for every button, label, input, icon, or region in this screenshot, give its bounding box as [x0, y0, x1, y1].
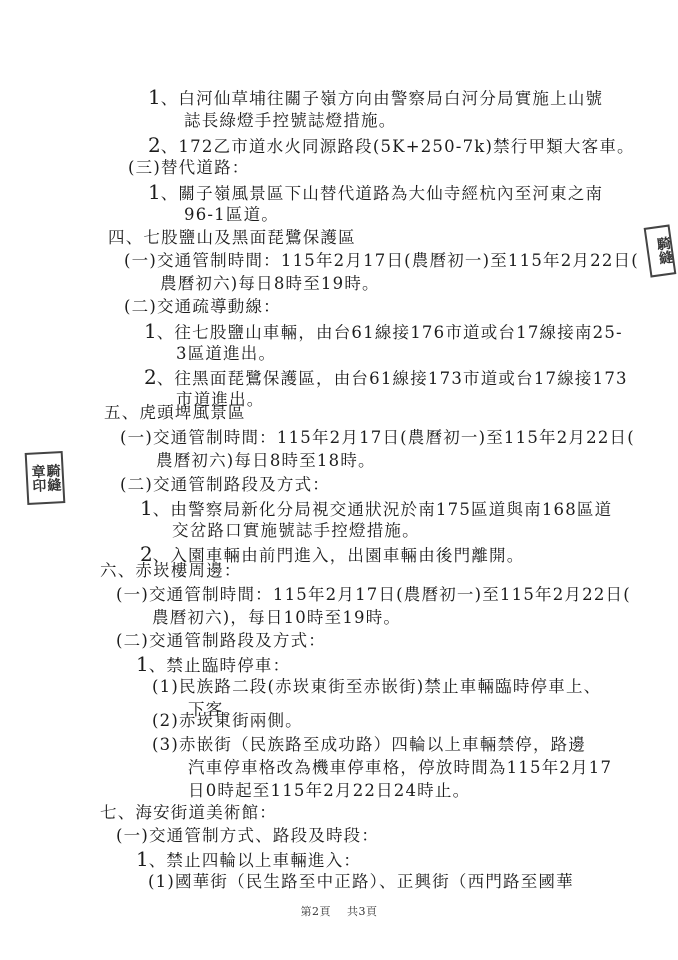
- document-line: 2、172乙市道水火同源路段(5K+250-7k)禁行甲類大客車。: [148, 134, 635, 158]
- document-line: 1、白河仙草埔往關子嶺方向由警察局白河分局實施上山號: [148, 86, 603, 110]
- line-text: 、關子嶺風景區下山替代道路為大仙寺經杭內至河東之南: [161, 184, 604, 203]
- list-marker: 1: [136, 847, 149, 871]
- list-marker: 2: [144, 365, 157, 389]
- line-text: 交岔路口實施號誌手控燈措施。: [172, 521, 420, 540]
- line-text: 、禁止臨時停車：: [149, 656, 291, 675]
- seal-text-col1: 騎縫: [44, 463, 60, 492]
- line-text: 農曆初六)每日8時至19時。: [160, 274, 380, 293]
- document-line: 交岔路口實施號誌手控燈措施。: [172, 520, 420, 542]
- document-line: 五、虎頭埤風景區: [104, 402, 246, 424]
- line-text: (一)交通管制時間：115年2月17日(農曆初一)至115年2月22日(: [120, 428, 635, 447]
- document-line: (一)交通管制時間：115年2月17日(農曆初一)至115年2月22日(: [116, 584, 631, 606]
- line-text: 農曆初六)每日8時至18時。: [156, 451, 376, 470]
- line-text: (一)交通管制時間：115年2月17日(農曆初一)至115年2月22日(: [116, 585, 631, 604]
- list-marker: 2: [148, 133, 161, 157]
- list-marker: 1: [148, 85, 161, 109]
- page-total: 共3頁: [347, 905, 378, 918]
- document-line: 1、往七股鹽山車輛，由台61線接176市道或台17線接南25-: [144, 320, 623, 344]
- document-line: 七、海安街道美術館：: [100, 802, 277, 824]
- list-marker: 1: [136, 652, 149, 676]
- document-line: (一)交通管制方式、路段及時段：: [116, 825, 379, 847]
- document-line: (1)民族路二段(赤崁東街至赤嵌街)禁止車輛臨時停車上、: [152, 676, 601, 698]
- list-marker: 1: [140, 496, 153, 520]
- document-line: 1、禁止四輪以上車輛進入：: [136, 848, 361, 872]
- document-line: 1、關子嶺風景區下山替代道路為大仙寺經杭內至河東之南: [148, 181, 603, 205]
- line-text: (2)赤崁東街兩側。: [152, 711, 303, 730]
- line-text: 七、海安街道美術館：: [100, 803, 277, 822]
- line-text: 誌長綠燈手控號誌燈措施。: [184, 111, 396, 130]
- line-text: (三)替代道路：: [128, 158, 249, 177]
- line-text: 96-1區道。: [184, 205, 279, 224]
- line-text: (3)赤嵌街（民族路至成功路）四輪以上車輛禁停，路邊: [152, 735, 586, 754]
- page-number: 第2頁: [301, 905, 332, 918]
- document-line: (二)交通管制路段及方式：: [116, 630, 326, 652]
- line-text: 、禁止四輪以上車輛進入：: [149, 851, 361, 870]
- document-line: (二)交通管制路段及方式：: [120, 474, 330, 496]
- line-text: 3區道進出。: [176, 344, 276, 363]
- line-text: (二)交通管制路段及方式：: [120, 475, 330, 494]
- line-text: 五、虎頭埤風景區: [104, 403, 246, 422]
- document-line: 誌長綠燈手控號誌燈措施。: [184, 110, 396, 132]
- document-line: (3)赤嵌街（民族路至成功路）四輪以上車輛禁停，路邊: [152, 734, 586, 756]
- document-line: (1)國華街（民生路至中正路）、正興街（西門路至國華: [148, 871, 574, 893]
- line-text: (二)交通管制路段及方式：: [116, 631, 326, 650]
- document-line: 農曆初六)每日8時至19時。: [160, 273, 380, 295]
- line-text: 、往黑面琵鷺保護區，由台61線接173市道或台17線接173: [157, 369, 628, 388]
- document-line: 3區道進出。: [176, 343, 276, 365]
- line-text: 六、赤崁樓周邊：: [100, 561, 242, 580]
- document-line: 汽車停車格改為機車停車格，停放時間為115年2月17: [188, 757, 612, 779]
- document-line: (2)赤崁東街兩側。: [152, 710, 303, 732]
- document-line: 農曆初六)每日8時至18時。: [156, 450, 376, 472]
- document-line: (一)交通管制時間：115年2月17日(農曆初一)至115年2月22日(: [120, 427, 635, 449]
- line-text: 日0時起至115年2月22日24時止。: [188, 781, 470, 800]
- list-marker: 1: [148, 180, 161, 204]
- line-text: (1)國華街（民生路至中正路）、正興街（西門路至國華: [148, 872, 574, 891]
- seal-text-col2: 章印: [29, 464, 45, 493]
- document-line: 四、七股鹽山及黑面琵鷺保護區: [108, 227, 356, 249]
- line-text: 、白河仙草埔往關子嶺方向由警察局白河分局實施上山號: [161, 89, 604, 108]
- line-text: 汽車停車格改為機車停車格，停放時間為115年2月17: [188, 758, 612, 777]
- line-text: 農曆初六)，每日10時至19時。: [152, 608, 401, 627]
- document-line: 日0時起至115年2月22日24時止。: [188, 780, 470, 802]
- document-line: (一)交通管制時間：115年2月17日(農曆初一)至115年2月22日(: [124, 250, 639, 272]
- seal-text: 騎縫: [654, 235, 674, 265]
- document-line: 2、往黑面琵鷺保護區，由台61線接173市道或台17線接173: [144, 366, 628, 390]
- seal-stamp-left: 騎縫 章印: [25, 451, 66, 505]
- line-text: 四、七股鹽山及黑面琵鷺保護區: [108, 228, 356, 247]
- document-line: 1、由警察局新化分局視交通狀況於南175區道與南168區道: [140, 497, 612, 521]
- document-page: 1、白河仙草埔往關子嶺方向由警察局白河分局實施上山號誌長綠燈手控號誌燈措施。2、…: [0, 0, 678, 960]
- document-line: (三)替代道路：: [128, 157, 249, 179]
- document-line: 六、赤崁樓周邊：: [100, 560, 242, 582]
- line-text: (一)交通管制時間：115年2月17日(農曆初一)至115年2月22日(: [124, 251, 639, 270]
- line-text: (1)民族路二段(赤崁東街至赤嵌街)禁止車輛臨時停車上、: [152, 677, 601, 696]
- list-marker: 1: [144, 319, 157, 343]
- page-footer: 第2頁 共3頁: [0, 903, 678, 919]
- line-text: 、由警察局新化分局視交通狀況於南175區道與南168區道: [153, 500, 613, 519]
- document-line: 1、禁止臨時停車：: [136, 653, 290, 677]
- line-text: 、往七股鹽山車輛，由台61線接176市道或台17線接南25-: [157, 323, 623, 342]
- document-line: 農曆初六)，每日10時至19時。: [152, 607, 401, 629]
- document-line: (二)交通疏導動線：: [124, 296, 281, 318]
- line-text: (一)交通管制方式、路段及時段：: [116, 826, 379, 845]
- document-line: 96-1區道。: [184, 204, 279, 226]
- line-text: (二)交通疏導動線：: [124, 297, 281, 316]
- seal-stamp-right: 騎縫: [644, 224, 677, 277]
- line-text: 、172乙市道水火同源路段(5K+250-7k)禁行甲類大客車。: [161, 137, 635, 156]
